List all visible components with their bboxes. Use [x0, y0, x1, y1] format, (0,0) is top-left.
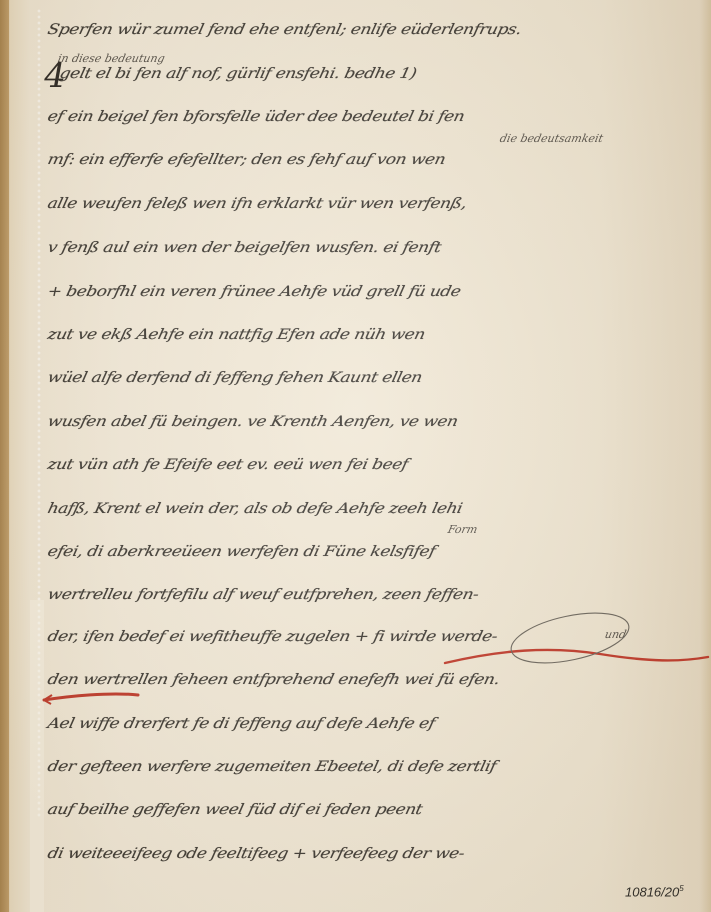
manuscript-line: Sperfen wür zumel fend ehe entfenl; enli…: [46, 21, 523, 38]
interlinear-insertion: Form: [447, 523, 479, 536]
tape-residue: [30, 600, 44, 912]
archive-number-superscript: 5: [679, 884, 683, 893]
manuscript-line: efei, di aberkreeüeen werfefen di Füne k…: [46, 543, 437, 560]
manuscript-line: zut vün ath fe Efeife eet ev. eeü wen fe…: [46, 456, 409, 473]
manuscript-line: Ael wiffe drerfert fe di feffeng auf def…: [46, 715, 436, 732]
manuscript-line: auf beilhe geffefen weel füd dif ei fede…: [46, 801, 424, 818]
manuscript-line: wusfen abel fü beingen. ve Krenth Aenfen…: [46, 413, 459, 430]
pencil-circle-mark: [505, 610, 635, 666]
manuscript-line: zut ve ekß Aehfe ein nattfig Efen ade nü…: [46, 326, 427, 343]
manuscript-line: alle weufen feleß wen ifn erklarkt vür w…: [46, 195, 468, 212]
manuscript-line: der gefteen werfere zugemeiten Ebeetel, …: [46, 758, 498, 775]
archive-number-label: 10816/205: [625, 884, 684, 899]
manuscript-line: wüel alfe derfend di feffeng fehen Kaunt…: [46, 369, 424, 386]
manuscript-line: ef ein beigel fen bforsfelle üder dee be…: [46, 108, 466, 125]
archive-number: 10816/20: [625, 884, 679, 899]
interlinear-insertion: die bedeutsamkeit: [499, 132, 605, 145]
manuscript-line: v fenß aul ein wen der beigelfen wusfen.…: [46, 239, 443, 256]
manuscript-line: gelt el bi fen alf nof, gürlif ensfehi. …: [58, 65, 418, 82]
manuscript-page: in diese bedeutung die bedeutsamkeit For…: [0, 0, 711, 912]
binding-strip: [0, 0, 9, 912]
manuscript-line: wertrelleu fortfefilu alf weuf eutfprehe…: [46, 586, 480, 603]
interlinear-insertion: in diese bedeutung: [57, 52, 166, 65]
manuscript-line: mf: ein efferfe efefellter; den es fehf …: [46, 151, 447, 168]
manuscript-line: di weiteeeifeeg ode feeltifeeg + verfeef…: [46, 845, 466, 862]
manuscript-line: der, ifen bedef ei wefitheuffe zugelen +…: [46, 628, 499, 645]
manuscript-line: hafß, Krent el wein der, als ob defe Aeh…: [46, 500, 464, 517]
manuscript-line: + beborfhl ein veren frünee Aehfe vüd gr…: [46, 283, 462, 300]
red-underline-arrow: [40, 684, 150, 708]
